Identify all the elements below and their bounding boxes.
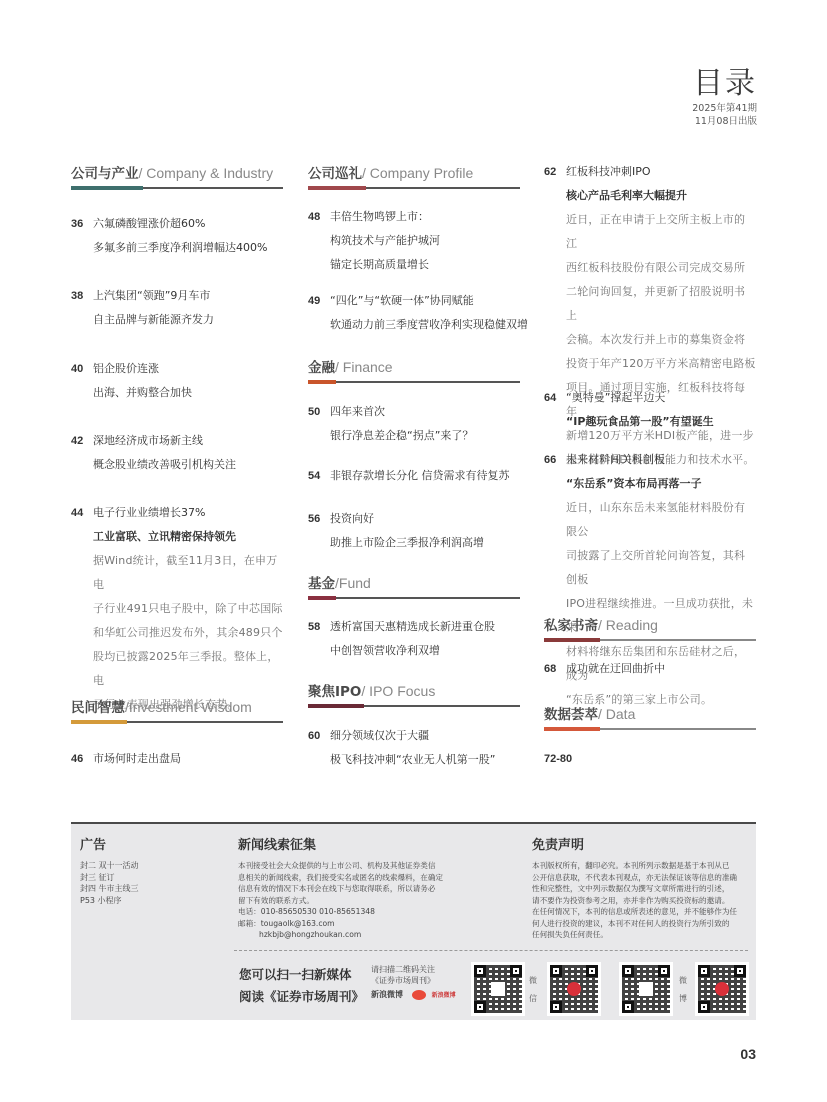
summary-line: 投资于年产120万平方米高精密电路板	[566, 352, 756, 376]
publish-date: 11月08日出版	[692, 115, 757, 128]
label-char: 博	[679, 990, 689, 1008]
section-heading: 金融/ Finance	[308, 354, 520, 381]
section-title-cn: 基金	[308, 576, 335, 592]
toc-entry[interactable]: 44 电子行业业绩增长37% 工业富联、立讯精密保持领先 据Wind统计，截至1…	[71, 501, 283, 717]
label-char: 微	[679, 972, 689, 990]
section-title-cn: 聚焦IPO	[308, 684, 361, 700]
news-tips-title: 新闻线索征集	[238, 836, 468, 856]
entry-subtitle: 极飞科技冲刺“农业无人机第一股”	[330, 748, 520, 772]
toc-entry[interactable]: 64 “奥特曼”撑起半边天 “IP趣玩食品第一股”有望诞生	[544, 386, 756, 434]
entry-subtitle: 自主品牌与新能源齐发力	[93, 308, 283, 332]
label-char: 微	[529, 972, 539, 990]
page-title: 目录	[692, 66, 757, 102]
follow-prompt: 请扫描二维码关注 《证券市场周刊》 新浪微博 新浪微博	[371, 964, 456, 1001]
scan-prompt-line: 您可以扫一扫新媒体	[239, 964, 364, 986]
disclaimer-line: 本刊版权所有，翻印必究。本刊所列示数据是基于本刊从已	[532, 860, 754, 872]
toc-entry[interactable]: 68 成功就在迂回曲折中	[544, 657, 756, 681]
entry-subtitle: 核心产品毛利率大幅提升	[566, 184, 756, 208]
section-title-cn: 数据荟萃	[544, 707, 598, 723]
section-rule	[544, 639, 756, 641]
summary-line: 近日，正在申请于上交所主板上市的江	[566, 208, 756, 256]
summary-line: 和华虹公司推迟发布外，其余489只个	[93, 621, 283, 645]
scan-prompt: 您可以扫一扫新媒体 阅读《证券市场周刊》	[239, 964, 364, 1008]
news-tips-line: 本刊接受社会大众提供的与上市公司、机构及其他证券类信	[238, 860, 468, 872]
toc-entry[interactable]: 60 细分领域仅次于大疆 极飞科技冲刺“农业无人机第一股”	[308, 724, 520, 772]
scan-prompt-line: 阅读《证券市场周刊》	[239, 986, 364, 1008]
entry-subtitle: 出海、并购整合加快	[93, 381, 283, 405]
summary-line: 据Wind统计，截至11月3日，在申万电	[93, 549, 283, 597]
section-heading: 聚焦IPO/ IPO Focus	[308, 678, 520, 705]
section-company-industry: 公司与产业/ Company & Industry	[71, 160, 283, 189]
section-heading: 私家书斋/ Reading	[544, 612, 756, 639]
summary-line: 司披露了上交所首轮问询答复，其科创板	[566, 544, 756, 592]
disclaimer-line: 何人进行投资的建议，本刊不对任何人的投资行为所引致的	[532, 918, 754, 930]
section-accent-bar	[308, 704, 364, 708]
toc-entry[interactable]: 58 透析富国天惠精选成长新进重仓股 中创智领营收净利双增	[308, 615, 520, 663]
ads-line: 封四 牛市主线三	[80, 883, 220, 895]
summary-line: 会稿。本次发行并上市的募集资金将	[566, 328, 756, 352]
section-title-en: /Investment Wisdom	[125, 699, 252, 715]
toc-entry[interactable]: 56 投资向好 助推上市险企三季报净利润高增	[308, 507, 520, 555]
ads-block: 广告 封二 双十一活动 封三 征订 封四 牛市主线三 P53 小程序	[80, 836, 220, 906]
page-number: 49	[308, 289, 320, 313]
section-accent-bar	[544, 638, 600, 642]
news-tips-line: 留下有效的联系方式。	[238, 895, 468, 907]
weibo-qr-code-icon[interactable]	[695, 962, 749, 1016]
toc-entry[interactable]: 38 上汽集团“领跑”9月车市 自主品牌与新能源齐发力	[71, 284, 283, 332]
section-accent-bar	[71, 186, 143, 190]
disclaimer-line: 在任何情况下，本刊的信息或所表述的意见，并不能够作为任	[532, 906, 754, 918]
news-tips-line: 信息有效的情况下本刊会在线下与您取得联系，所以请务必	[238, 883, 468, 895]
entry-title: 细分领域仅次于大疆	[330, 724, 520, 748]
page-number: 42	[71, 429, 83, 453]
section-heading: 公司与产业/ Company & Industry	[71, 160, 283, 187]
section-rule	[544, 728, 756, 730]
section-rule	[308, 597, 520, 599]
toc-entry[interactable]: 46 市场何时走出盘局	[71, 747, 283, 771]
entry-subtitle: 软通动力前三季度营收净利实现稳健双增	[330, 313, 520, 337]
toc-entry[interactable]: 49 “四化”与“软硬一体”协同赋能 软通动力前三季度营收净利实现稳健双增	[308, 289, 520, 337]
section-title-en: / IPO Focus	[361, 683, 435, 699]
wechat-label: 微 信	[529, 972, 539, 1008]
entry-summary: 据Wind统计，截至11月3日，在申万电 子行业491只电子股中，除了中芯国际 …	[93, 549, 283, 717]
email-address[interactable]: hzkbjb@hongzhoukan.com	[238, 929, 468, 941]
section-accent-bar	[308, 186, 366, 190]
section-rule	[71, 721, 283, 723]
news-tips-block: 新闻线索征集 本刊接受社会大众提供的与上市公司、机构及其他证券类信 息相关的新闻…	[238, 836, 468, 941]
news-tips-line: 息相关的新闻线索，我们接受实名或匿名的线索爆料，在确定	[238, 872, 468, 884]
entry-subtitle: 构筑技术与产能护城河	[330, 229, 520, 253]
weibo-logo-icon	[412, 990, 426, 1000]
page-number: 44	[71, 501, 83, 525]
ads-line: 封二 双十一活动	[80, 860, 220, 872]
masthead: 目录 2025年第41期 11月08日出版	[692, 66, 757, 128]
entry-title: 非银存款增长分化 信贷需求有待复苏	[330, 464, 520, 488]
section-title-en: / Data	[598, 706, 635, 722]
dashed-divider	[234, 950, 748, 951]
entry-title: “四化”与“软硬一体”协同赋能	[330, 289, 520, 313]
section-rule	[308, 705, 520, 707]
disclaimer-title: 免责声明	[532, 836, 754, 856]
ads-line: P53 小程序	[80, 895, 220, 907]
section-heading: 数据荟萃/ Data	[544, 701, 756, 728]
ads-line: 封三 征订	[80, 872, 220, 884]
entry-title: 红板科技冲刺IPO	[566, 160, 756, 184]
entry-subtitle: “东岳系”资本布局再落一子	[566, 472, 756, 496]
section-heading: 民间智慧/Investment Wisdom	[71, 694, 283, 721]
follow-line: 《证券市场周刊》	[371, 975, 456, 986]
ads-title: 广告	[80, 836, 220, 856]
entry-title: 成功就在迂回曲折中	[566, 657, 756, 681]
entry-title: 上汽集团“领跑”9月车市	[93, 284, 283, 308]
section-ipo-focus: 聚焦IPO/ IPO Focus	[308, 678, 520, 707]
page-number: 62	[544, 160, 556, 184]
info-panel: 广告 封二 双十一活动 封三 征订 封四 牛市主线三 P53 小程序 新闻线索征…	[71, 822, 756, 1020]
toc-entry[interactable]: 54 非银存款增长分化 信贷需求有待复苏	[308, 464, 520, 488]
toc-entry[interactable]: 50 四年来首次 银行净息差企稳“拐点”来了？	[308, 400, 520, 448]
page-number: 56	[308, 507, 320, 531]
weibo-label: 微 博	[679, 972, 689, 1008]
toc-entry[interactable]: 48 丰倍生物鸣锣上市： 构筑技术与产能护城河 锚定长期高质量增长	[308, 205, 520, 277]
section-heading: 基金/Fund	[308, 570, 520, 597]
section-heading: 公司巡礼/ Company Profile	[308, 160, 520, 187]
qr-code-icon[interactable]	[471, 962, 525, 1016]
section-title-cn: 公司巡礼	[308, 166, 362, 182]
section-accent-bar	[544, 727, 600, 731]
entry-title: 六氟磷酸锂涨价超60%	[93, 212, 283, 236]
disclaimer-line: 性和完整性，文中列示数据仅为撰写文章所需进行的引述，	[532, 883, 754, 895]
entry-title: “奥特曼”撑起半边天	[566, 386, 756, 410]
entry-subtitle: 锚定长期高质量增长	[330, 253, 520, 277]
page-number: 40	[71, 357, 83, 381]
phone-numbers: 电话：010-85650530 010-85651348	[238, 906, 468, 918]
entry-title: 投资向好	[330, 507, 520, 531]
section-rule	[71, 187, 283, 189]
section-finance: 金融/ Finance	[308, 354, 520, 383]
entry-title: 未来材料闯关科创板	[566, 448, 756, 472]
weibo-brand-text: 新浪微博	[432, 992, 456, 999]
section-title-en: / Company Profile	[362, 165, 473, 181]
entry-title: 市场何时走出盘局	[93, 747, 283, 771]
section-title-en: /Fund	[335, 575, 371, 591]
follow-line: 请扫描二维码关注	[371, 964, 456, 975]
entry-subtitle: 助推上市险企三季报净利润高增	[330, 531, 520, 555]
label-char: 信	[529, 990, 539, 1008]
issue-number: 2025年第41期	[692, 102, 757, 115]
summary-line: 近日，山东东岳未来氢能材料股份有限公	[566, 496, 756, 544]
entry-subtitle: 概念股业绩改善吸引机构关注	[93, 453, 283, 477]
section-title-cn: 公司与产业	[71, 166, 139, 182]
section-rule	[308, 187, 520, 189]
entry-title: 四年来首次	[330, 400, 520, 424]
disclaimer-line: 任何损失负任何责任。	[532, 929, 754, 941]
entry-subtitle: 多氟多前三季度净利润增幅达400%	[93, 236, 283, 260]
entry-subtitle: 银行净息差企稳“拐点”来了？	[330, 424, 520, 448]
summary-line: 子行业491只电子股中，除了中芯国际	[93, 597, 283, 621]
toc-entry[interactable]: 36 六氟磷酸锂涨价超60% 多氟多前三季度净利润增幅达400%	[71, 212, 283, 260]
section-data: 数据荟萃/ Data	[544, 701, 756, 730]
entry-title: 电子行业业绩增长37%	[93, 501, 283, 525]
disclaimer-block: 免责声明 本刊版权所有，翻印必究。本刊所列示数据是基于本刊从已 公开信息获取，不…	[532, 836, 754, 941]
summary-line: 二轮问询回复，并更新了招股说明书上	[566, 280, 756, 328]
page-number: 36	[71, 212, 83, 236]
section-fund: 基金/Fund	[308, 570, 520, 599]
page-number: 58	[308, 615, 320, 639]
entry-title: 深地经济成市场新主线	[93, 429, 283, 453]
section-title-en: / Company & Industry	[139, 165, 274, 181]
section-accent-bar	[71, 720, 127, 724]
page-number: 46	[71, 747, 83, 771]
section-accent-bar	[308, 596, 336, 600]
email-address[interactable]: 邮箱：tougaolk@163.com	[238, 918, 468, 930]
section-accent-bar	[308, 380, 336, 384]
sina-weibo-label: 新浪微博	[371, 990, 403, 999]
wechat-qr-code-icon[interactable]	[547, 962, 601, 1016]
entry-title: 丰倍生物鸣锣上市：	[330, 205, 520, 229]
disclaimer-line: 请不要作为投资参考之用，亦并非作为购买投资标的邀请。	[532, 895, 754, 907]
section-reading: 私家书斋/ Reading	[544, 612, 756, 641]
section-investment-wisdom: 民间智慧/Investment Wisdom	[71, 694, 283, 723]
page-number: 68	[544, 657, 556, 681]
page-number-footer: 03	[740, 1046, 756, 1062]
entry-title: 透析富国天惠精选成长新进重仓股	[330, 615, 520, 639]
section-rule	[308, 381, 520, 383]
toc-entry[interactable]: 40 铝企股价连涨 出海、并购整合加快	[71, 357, 283, 405]
page-number: 54	[308, 464, 320, 488]
page-number: 50	[308, 400, 320, 424]
entry-subtitle: 工业富联、立讯精密保持领先	[93, 525, 283, 549]
page-number: 60	[308, 724, 320, 748]
page-number: 64	[544, 386, 556, 410]
page-number: 48	[308, 205, 320, 229]
page-number: 66	[544, 448, 556, 472]
disclaimer-line: 公开信息获取，不代表本刊观点，亦无法保证该等信息的准确	[532, 872, 754, 884]
entry-title: 铝企股价连涨	[93, 357, 283, 381]
entry-subtitle: “IP趣玩食品第一股”有望诞生	[566, 410, 756, 434]
section-title-cn: 金融	[308, 360, 335, 376]
page-number: 38	[71, 284, 83, 308]
qr-code-icon[interactable]	[619, 962, 673, 1016]
entry-subtitle: 中创智领营收净利双增	[330, 639, 520, 663]
summary-line: 西红板科技股份有限公司完成交易所	[566, 256, 756, 280]
section-title-en: / Finance	[335, 359, 393, 375]
section-title-cn: 民间智慧	[71, 700, 125, 716]
summary-line: 股均已披露2025年三季报。整体上，电	[93, 645, 283, 693]
section-company-profile: 公司巡礼/ Company Profile	[308, 160, 520, 189]
page-number: 72-80	[544, 747, 572, 771]
toc-entry[interactable]: 42 深地经济成市场新主线 概念股业绩改善吸引机构关注	[71, 429, 283, 477]
section-title-cn: 私家书斋	[544, 618, 598, 634]
section-title-en: / Reading	[598, 617, 658, 633]
